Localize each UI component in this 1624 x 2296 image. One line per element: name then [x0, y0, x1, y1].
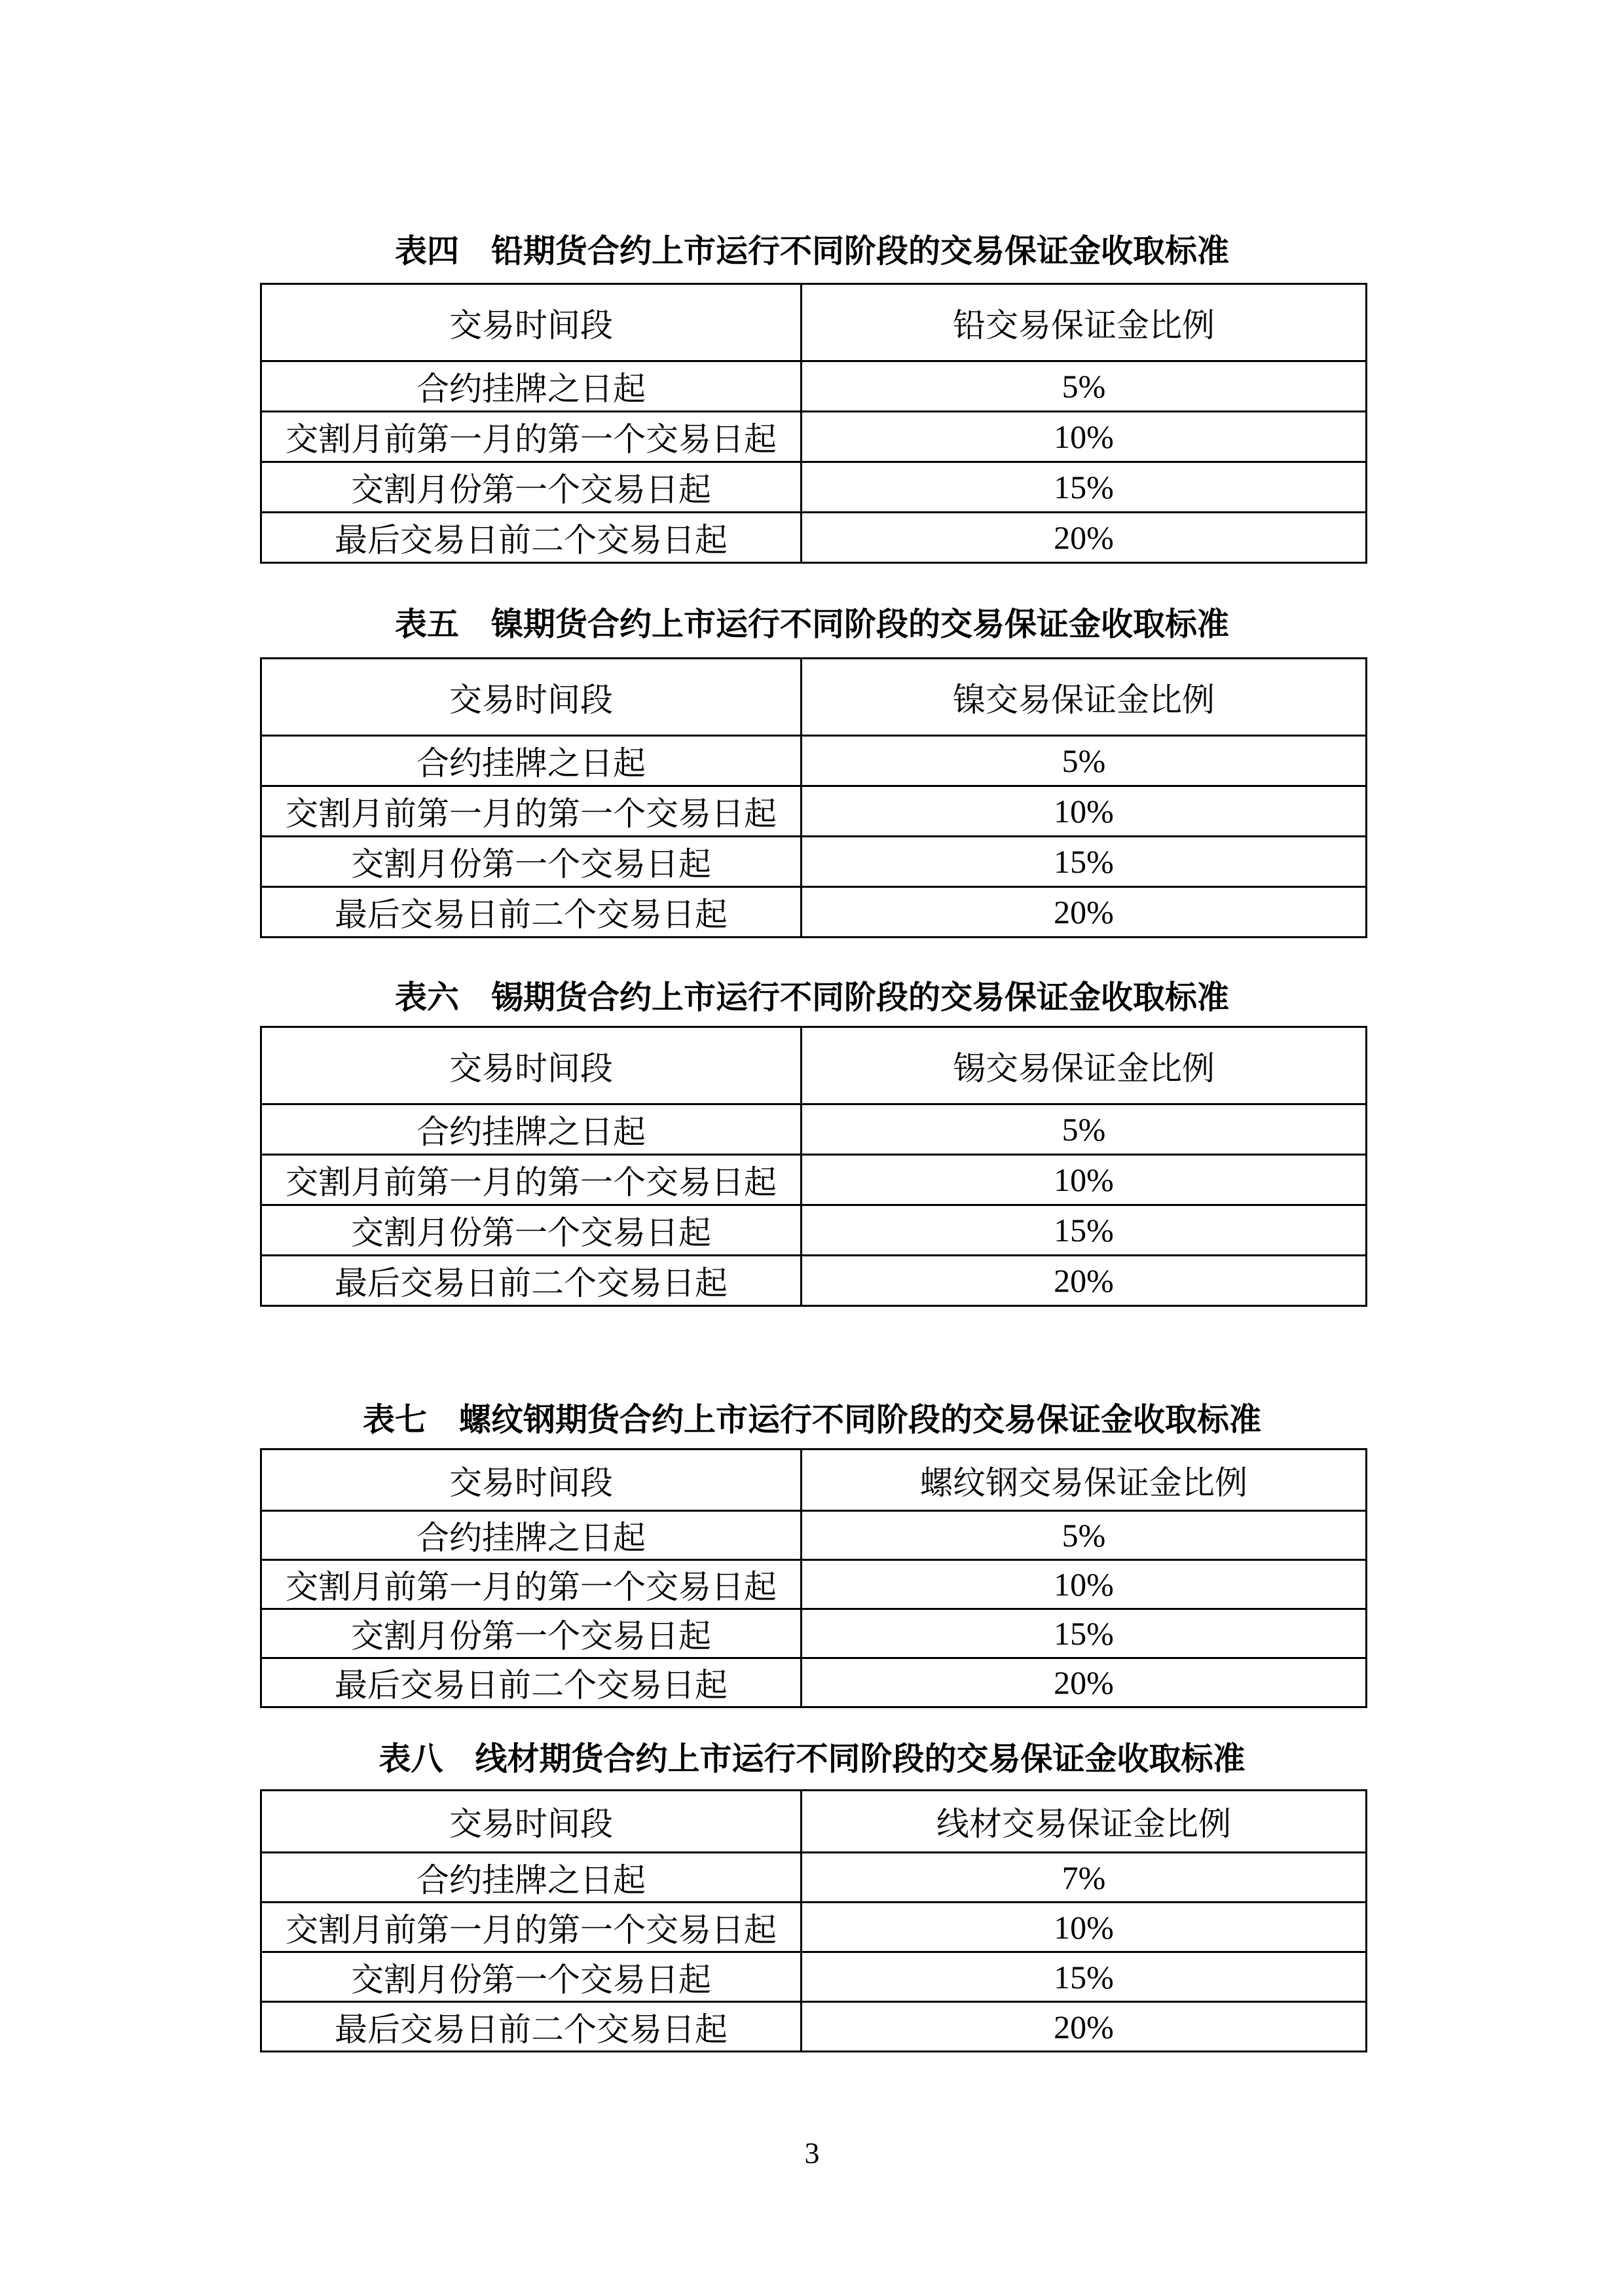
table5-nickel-margin: 交易时间段 镍交易保证金比例 合约挂牌之日起 5% 交割月前第一月的第一个交易日… [260, 657, 1367, 938]
table6-title: 表六 锡期货合约上市运行不同阶段的交易保证金收取标准 [0, 979, 1624, 1017]
table6-tin-margin: 交易时间段 锡交易保证金比例 合约挂牌之日起 5% 交割月前第一月的第一个交易日… [260, 1026, 1367, 1307]
period-cell: 合约挂牌之日起 [261, 736, 802, 786]
table5-header-ratio: 镍交易保证金比例 [802, 659, 1367, 736]
period-cell: 合约挂牌之日起 [261, 361, 802, 412]
period-cell: 交割月前第一月的第一个交易日起 [261, 786, 802, 837]
table-row: 合约挂牌之日起 5% [261, 736, 1367, 786]
period-cell: 交割月份第一个交易日起 [261, 462, 802, 513]
period-cell: 合约挂牌之日起 [261, 1104, 802, 1155]
ratio-cell: 15% [802, 1952, 1367, 2002]
table8-header-ratio: 线材交易保证金比例 [802, 1791, 1367, 1853]
table-row: 交割月份第一个交易日起 15% [261, 462, 1367, 513]
period-cell: 合约挂牌之日起 [261, 1511, 802, 1560]
table-row: 合约挂牌之日起 7% [261, 1853, 1367, 1903]
table-row: 交割月份第一个交易日起 15% [261, 1609, 1367, 1658]
table7-header-ratio: 螺纹钢交易保证金比例 [802, 1449, 1367, 1511]
table4-lead-margin: 交易时间段 铅交易保证金比例 合约挂牌之日起 5% 交割月前第一月的第一个交易日… [260, 283, 1367, 564]
table6-header-ratio: 锡交易保证金比例 [802, 1027, 1367, 1104]
table5-header-row: 交易时间段 镍交易保证金比例 [261, 659, 1367, 736]
period-cell: 交割月份第一个交易日起 [261, 837, 802, 887]
table-row: 最后交易日前二个交易日起 20% [261, 513, 1367, 563]
table4-header-ratio: 铅交易保证金比例 [802, 284, 1367, 361]
period-cell: 交割月份第一个交易日起 [261, 1609, 802, 1658]
ratio-cell: 20% [802, 513, 1367, 563]
table-row: 最后交易日前二个交易日起 20% [261, 887, 1367, 938]
period-cell: 交割月前第一月的第一个交易日起 [261, 1903, 802, 1952]
ratio-cell: 10% [802, 1903, 1367, 1952]
period-cell: 最后交易日前二个交易日起 [261, 513, 802, 563]
ratio-cell: 20% [802, 2002, 1367, 2052]
ratio-cell: 10% [802, 786, 1367, 837]
period-cell: 交割月前第一月的第一个交易日起 [261, 1560, 802, 1609]
table6-header-period: 交易时间段 [261, 1027, 802, 1104]
table7-title: 表七 螺纹钢期货合约上市运行不同阶段的交易保证金收取标准 [0, 1401, 1624, 1439]
period-cell: 交割月份第一个交易日起 [261, 1205, 802, 1256]
table-row: 合约挂牌之日起 5% [261, 1104, 1367, 1155]
ratio-cell: 7% [802, 1853, 1367, 1903]
table4-title: 表四 铅期货合约上市运行不同阶段的交易保证金收取标准 [0, 232, 1624, 270]
table-row: 交割月份第一个交易日起 15% [261, 1205, 1367, 1256]
table7-header-row: 交易时间段 螺纹钢交易保证金比例 [261, 1449, 1367, 1511]
table-row: 交割月前第一月的第一个交易日起 10% [261, 1560, 1367, 1609]
ratio-cell: 10% [802, 1560, 1367, 1609]
period-cell: 最后交易日前二个交易日起 [261, 887, 802, 938]
ratio-cell: 10% [802, 412, 1367, 462]
table-row: 交割月前第一月的第一个交易日起 10% [261, 412, 1367, 462]
table8-header-row: 交易时间段 线材交易保证金比例 [261, 1791, 1367, 1853]
table8-header-period: 交易时间段 [261, 1791, 802, 1853]
ratio-cell: 5% [802, 361, 1367, 412]
table-row: 合约挂牌之日起 5% [261, 1511, 1367, 1560]
table4-header-row: 交易时间段 铅交易保证金比例 [261, 284, 1367, 361]
ratio-cell: 15% [802, 1609, 1367, 1658]
table-row: 合约挂牌之日起 5% [261, 361, 1367, 412]
table-row: 最后交易日前二个交易日起 20% [261, 1256, 1367, 1306]
table-row: 最后交易日前二个交易日起 20% [261, 2002, 1367, 2052]
table7-rebar-margin: 交易时间段 螺纹钢交易保证金比例 合约挂牌之日起 5% 交割月前第一月的第一个交… [260, 1448, 1367, 1708]
ratio-cell: 20% [802, 1256, 1367, 1306]
ratio-cell: 15% [802, 837, 1367, 887]
ratio-cell: 5% [802, 1511, 1367, 1560]
table8-title: 表八 线材期货合约上市运行不同阶段的交易保证金收取标准 [0, 1740, 1624, 1778]
table-row: 最后交易日前二个交易日起 20% [261, 1658, 1367, 1707]
table7-header-period: 交易时间段 [261, 1449, 802, 1511]
ratio-cell: 5% [802, 736, 1367, 786]
period-cell: 最后交易日前二个交易日起 [261, 1256, 802, 1306]
table4-header-period: 交易时间段 [261, 284, 802, 361]
period-cell: 交割月前第一月的第一个交易日起 [261, 412, 802, 462]
table5-title: 表五 镍期货合约上市运行不同阶段的交易保证金收取标准 [0, 606, 1624, 644]
table6-header-row: 交易时间段 锡交易保证金比例 [261, 1027, 1367, 1104]
page-number: 3 [0, 2136, 1624, 2170]
ratio-cell: 15% [802, 462, 1367, 513]
period-cell: 最后交易日前二个交易日起 [261, 2002, 802, 2052]
table-row: 交割月前第一月的第一个交易日起 10% [261, 1155, 1367, 1205]
ratio-cell: 5% [802, 1104, 1367, 1155]
table-row: 交割月前第一月的第一个交易日起 10% [261, 786, 1367, 837]
period-cell: 最后交易日前二个交易日起 [261, 1658, 802, 1707]
table8-wirerod-margin: 交易时间段 线材交易保证金比例 合约挂牌之日起 7% 交割月前第一月的第一个交易… [260, 1789, 1367, 2052]
table-row: 交割月份第一个交易日起 15% [261, 1952, 1367, 2002]
ratio-cell: 15% [802, 1205, 1367, 1256]
ratio-cell: 20% [802, 1658, 1367, 1707]
table5-header-period: 交易时间段 [261, 659, 802, 736]
ratio-cell: 20% [802, 887, 1367, 938]
period-cell: 交割月前第一月的第一个交易日起 [261, 1155, 802, 1205]
table-row: 交割月份第一个交易日起 15% [261, 837, 1367, 887]
period-cell: 合约挂牌之日起 [261, 1853, 802, 1903]
table-row: 交割月前第一月的第一个交易日起 10% [261, 1903, 1367, 1952]
ratio-cell: 10% [802, 1155, 1367, 1205]
period-cell: 交割月份第一个交易日起 [261, 1952, 802, 2002]
